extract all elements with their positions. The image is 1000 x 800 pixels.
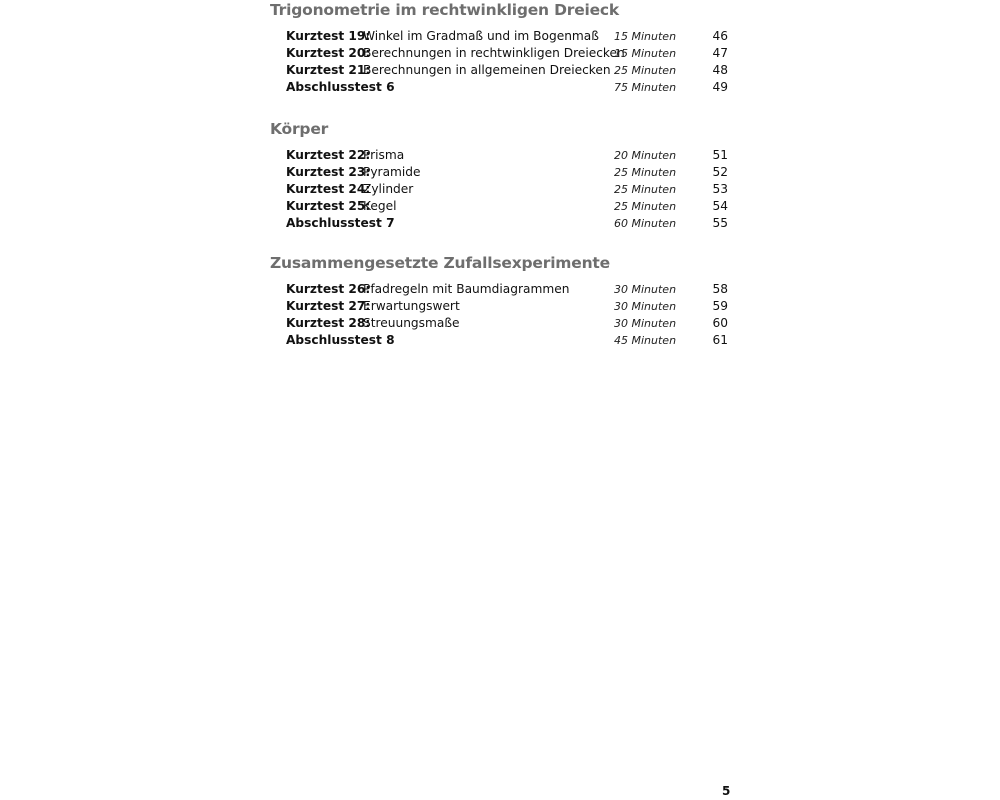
entry-topic: Berechnungen in allgemeinen Dreiecken — [363, 62, 611, 79]
entry-topic: Berechnungen in rechtwinkligen Dreiecken — [363, 45, 625, 62]
entry-page: 59 — [712, 298, 728, 315]
entry-duration: 15 Minuten — [614, 45, 676, 62]
entry-page: 60 — [712, 315, 728, 332]
entry-topic: Winkel im Gradmaß und im Bogenmaß — [363, 28, 599, 45]
toc-entry: Kurztest 21:Berechnungen in allgemeinen … — [270, 62, 740, 79]
section-title: Körper — [270, 119, 740, 139]
entry-label: Kurztest 23: — [286, 164, 370, 181]
entry-label: Kurztest 25: — [286, 198, 370, 215]
entry-page: 49 — [712, 79, 728, 96]
entry-label: Kurztest 22: — [286, 147, 370, 164]
entry-topic: Prisma — [363, 147, 404, 164]
entry-topic: Streuungsmaße — [363, 315, 460, 332]
entry-label: Kurztest 21: — [286, 62, 370, 79]
entry-page: 51 — [712, 147, 728, 164]
toc-entry: Kurztest 19:Winkel im Gradmaß und im Bog… — [270, 28, 740, 45]
entry-duration: 45 Minuten — [614, 332, 676, 349]
section-trigonometrie: Trigonometrie im rechtwinkligen Dreieck … — [270, 0, 740, 96]
entry-duration: 25 Minuten — [614, 198, 676, 215]
entry-duration: 20 Minuten — [614, 147, 676, 164]
entry-label: Kurztest 19: — [286, 28, 370, 45]
entry-page: 58 — [712, 281, 728, 298]
section-koerper: Körper Kurztest 22:Prisma20 Minuten51Kur… — [270, 119, 740, 232]
toc-entry: Kurztest 27:Erwartungswert30 Minuten59 — [270, 298, 740, 315]
entry-page: 47 — [712, 45, 728, 62]
entry-topic: Kegel — [363, 198, 397, 215]
toc-entry: Kurztest 20:Berechnungen in rechtwinklig… — [270, 45, 740, 62]
entry-label: Kurztest 24: — [286, 181, 370, 198]
entry-label: Abschlusstest 6 — [286, 79, 395, 96]
entry-page: 54 — [712, 198, 728, 215]
toc-entry: Kurztest 26:Pfadregeln mit Baumdiagramme… — [270, 281, 740, 298]
entry-page: 46 — [712, 28, 728, 45]
entry-duration: 25 Minuten — [614, 181, 676, 198]
entry-label: Abschlusstest 7 — [286, 215, 395, 232]
toc-entry: Abschlusstest 675 Minuten49 — [270, 79, 740, 96]
entry-page: 55 — [712, 215, 728, 232]
toc-entry: Kurztest 24:Zylinder25 Minuten53 — [270, 181, 740, 198]
toc-entry: Kurztest 23:Pyramide25 Minuten52 — [270, 164, 740, 181]
entry-duration: 60 Minuten — [614, 215, 676, 232]
entry-page: 52 — [712, 164, 728, 181]
toc-entry: Abschlusstest 845 Minuten61 — [270, 332, 740, 349]
entry-duration: 75 Minuten — [614, 79, 676, 96]
entry-topic: Zylinder — [363, 181, 413, 198]
entry-label: Kurztest 20: — [286, 45, 370, 62]
entry-duration: 30 Minuten — [614, 281, 676, 298]
toc-entry: Kurztest 22:Prisma20 Minuten51 — [270, 147, 740, 164]
page-number: 5 — [722, 784, 730, 798]
entry-duration: 15 Minuten — [614, 28, 676, 45]
entry-label: Kurztest 27: — [286, 298, 370, 315]
entry-duration: 25 Minuten — [614, 62, 676, 79]
entry-label: Abschlusstest 8 — [286, 332, 395, 349]
entry-duration: 30 Minuten — [614, 298, 676, 315]
toc-entry: Kurztest 28:Streuungsmaße30 Minuten60 — [270, 315, 740, 332]
entry-label: Kurztest 28: — [286, 315, 370, 332]
entry-page: 48 — [712, 62, 728, 79]
toc-entry: Kurztest 25:Kegel25 Minuten54 — [270, 198, 740, 215]
section-zufallsexperimente: Zusammengesetzte Zufallsexperimente Kurz… — [270, 253, 740, 349]
entry-topic: Pfadregeln mit Baumdiagrammen — [363, 281, 569, 298]
entry-topic: Erwartungswert — [363, 298, 460, 315]
entry-label: Kurztest 26: — [286, 281, 370, 298]
entry-topic: Pyramide — [363, 164, 421, 181]
section-title: Trigonometrie im rechtwinkligen Dreieck — [270, 0, 740, 20]
toc-entry: Abschlusstest 760 Minuten55 — [270, 215, 740, 232]
entry-duration: 30 Minuten — [614, 315, 676, 332]
entry-page: 53 — [712, 181, 728, 198]
entry-duration: 25 Minuten — [614, 164, 676, 181]
entry-page: 61 — [712, 332, 728, 349]
section-title: Zusammengesetzte Zufallsexperimente — [270, 253, 740, 273]
